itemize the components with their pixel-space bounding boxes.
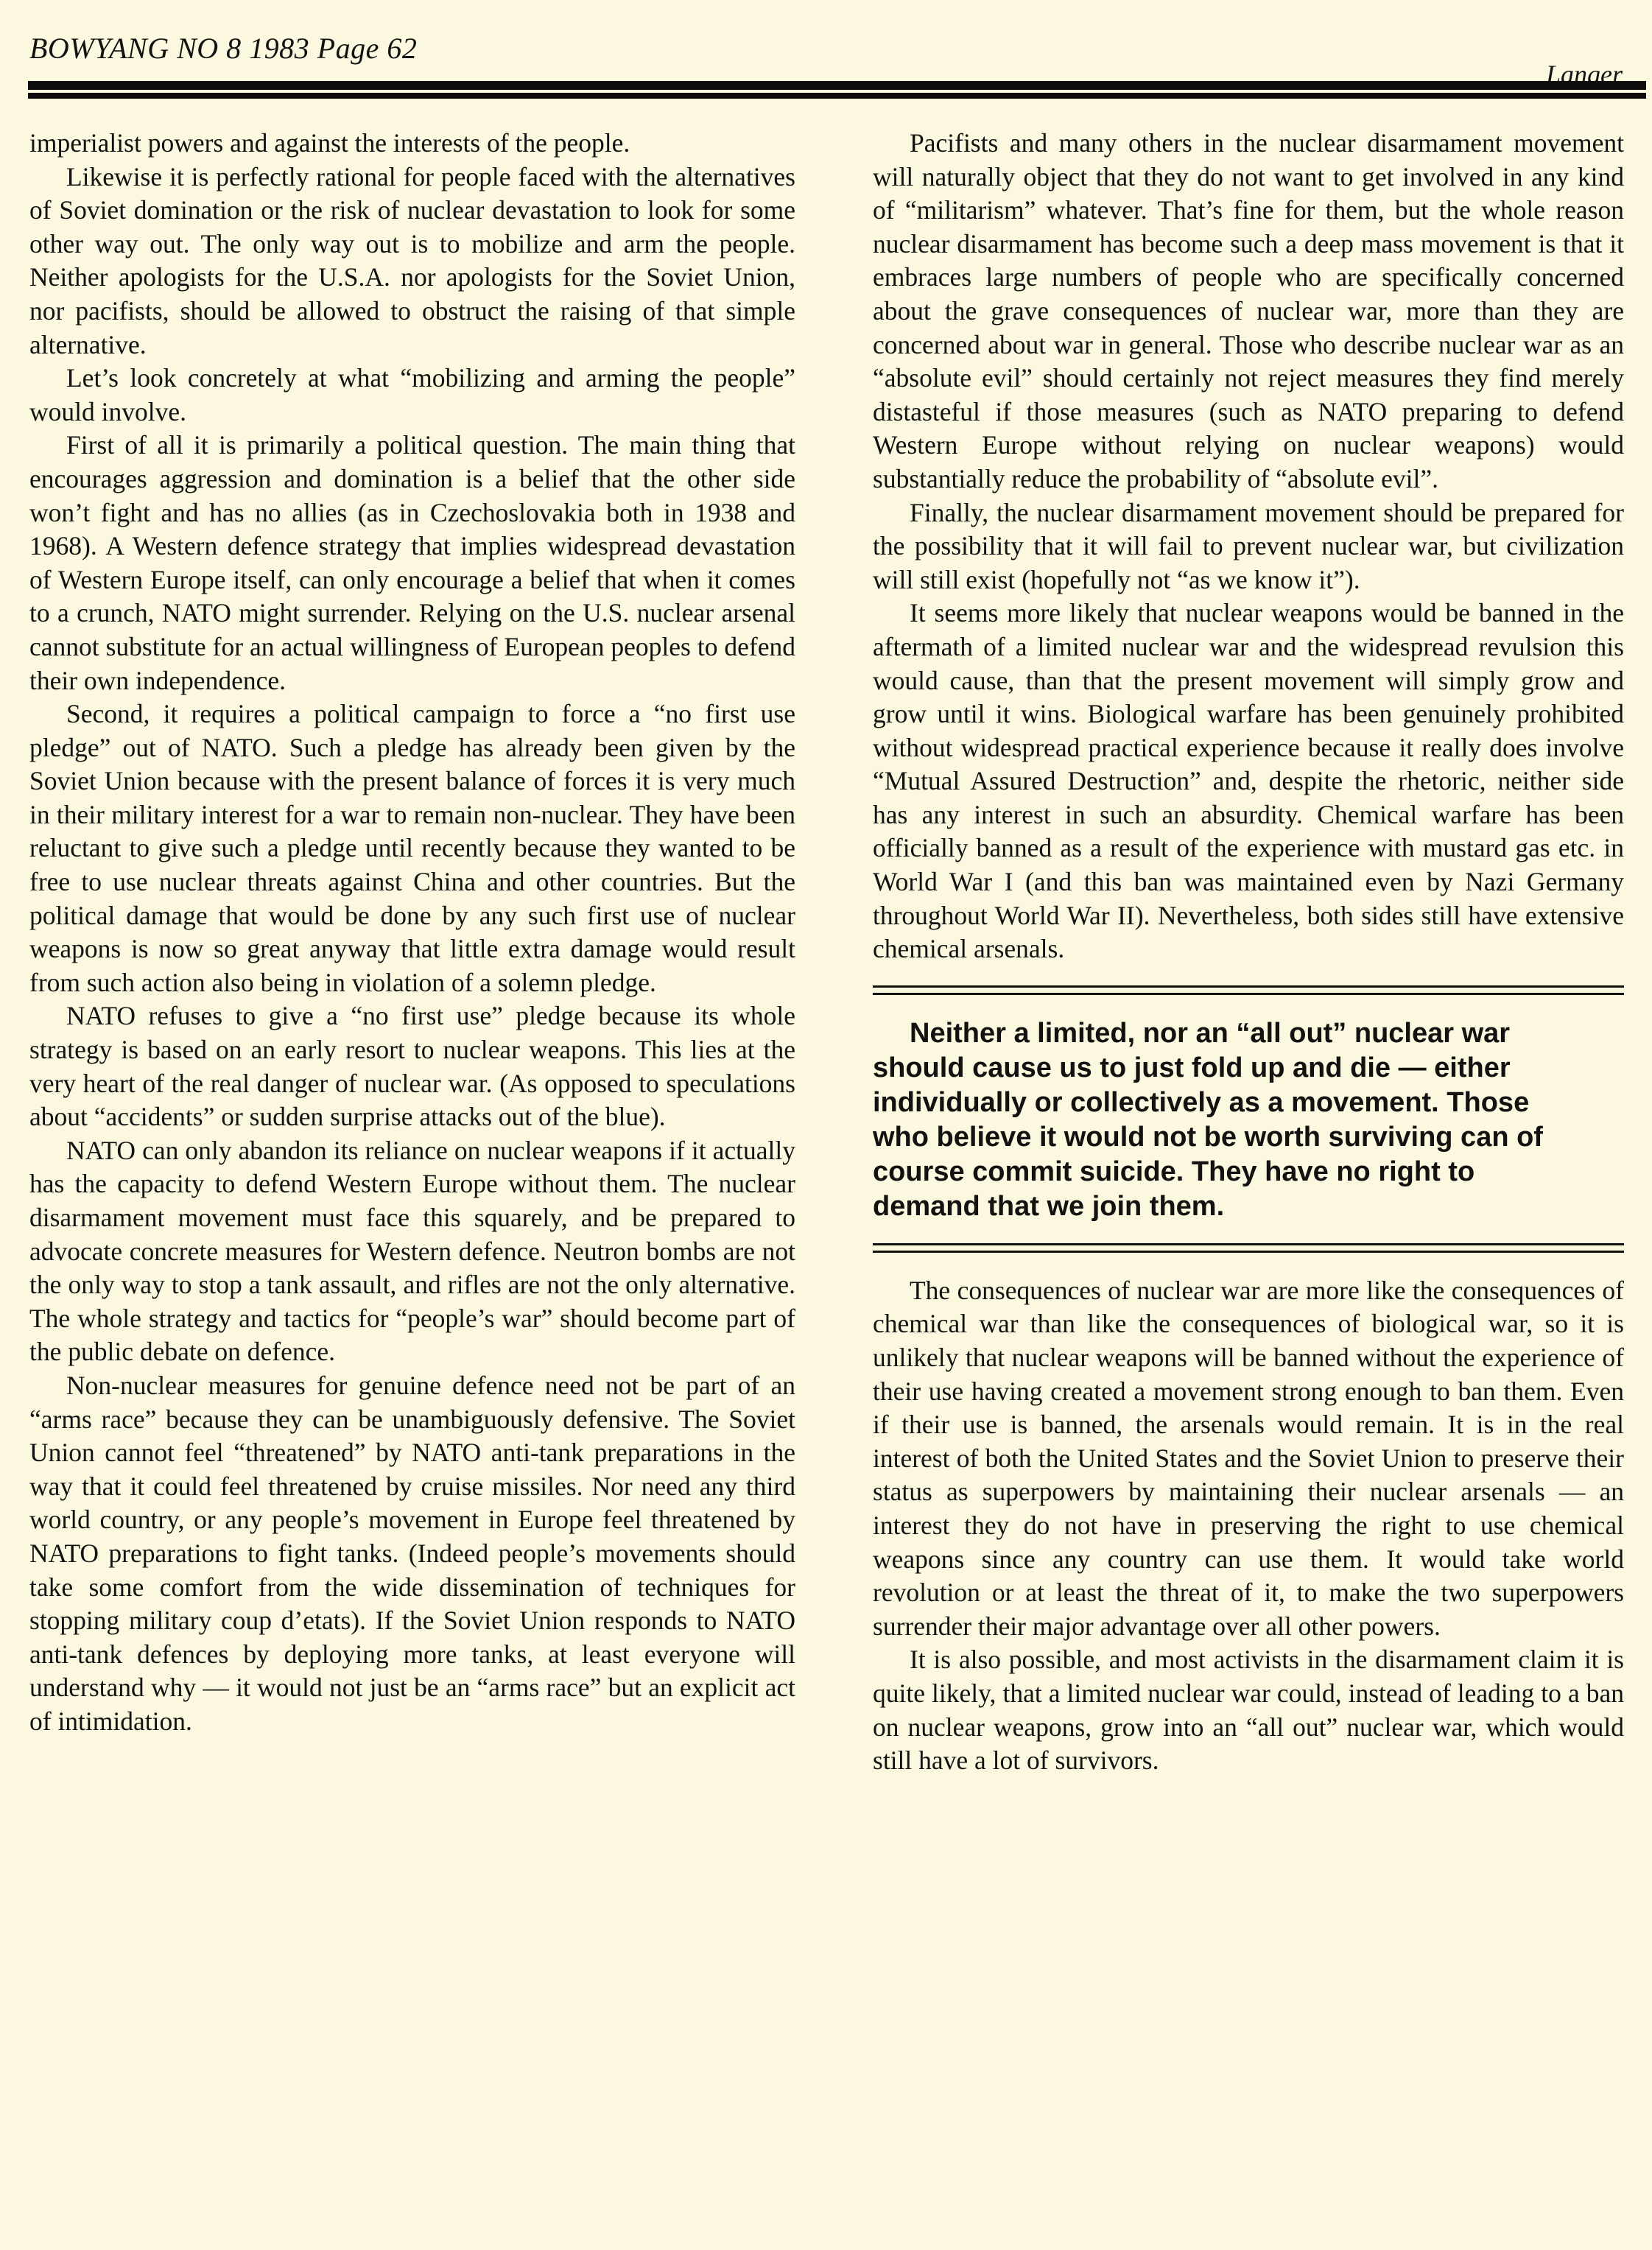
paragraph: Non-nuclear measures for genuine defence… bbox=[29, 1369, 795, 1739]
paragraph: First of all it is primarily a political… bbox=[29, 429, 795, 697]
pull-quote-rule-bottom bbox=[873, 1243, 1624, 1256]
paragraph: Finally, the nuclear disarmament movemen… bbox=[873, 496, 1624, 597]
pull-quote-rule-top bbox=[873, 985, 1624, 999]
paragraph: The consequences of nuclear war are more… bbox=[873, 1274, 1624, 1644]
paragraph: NATO can only abandon its reliance on nu… bbox=[29, 1134, 795, 1369]
paragraph: It is also possible, and most activists … bbox=[873, 1643, 1624, 1777]
paragraph: imperialist powers and against the inter… bbox=[29, 127, 795, 161]
paragraph: Let’s look concretely at what “mobilizin… bbox=[29, 362, 795, 429]
paragraph: Pacifists and many others in the nuclear… bbox=[873, 127, 1624, 496]
left-column: imperialist powers and against the inter… bbox=[29, 127, 795, 1739]
pull-quote: Neither a limited, nor an “all out” nucl… bbox=[873, 1016, 1624, 1224]
magazine-page: BOWYANG NO 8 1983 Page 62 Langer imperia… bbox=[0, 0, 1652, 2250]
paragraph: NATO refuses to give a “no first use” pl… bbox=[29, 999, 795, 1133]
paragraph: Second, it requires a political campaign… bbox=[29, 697, 795, 999]
paragraph: It seems more likely that nuclear weapon… bbox=[873, 597, 1624, 966]
paragraph: Likewise it is perfectly rational for pe… bbox=[29, 161, 795, 362]
header-rule-thin bbox=[28, 93, 1646, 99]
running-header-publication: BOWYANG NO 8 1983 Page 62 bbox=[29, 31, 417, 66]
pull-quote-text: Neither a limited, nor an “all out” nucl… bbox=[873, 1016, 1558, 1224]
header-rule-thick bbox=[28, 81, 1646, 90]
right-column: Pacifists and many others in the nuclear… bbox=[873, 127, 1624, 1778]
